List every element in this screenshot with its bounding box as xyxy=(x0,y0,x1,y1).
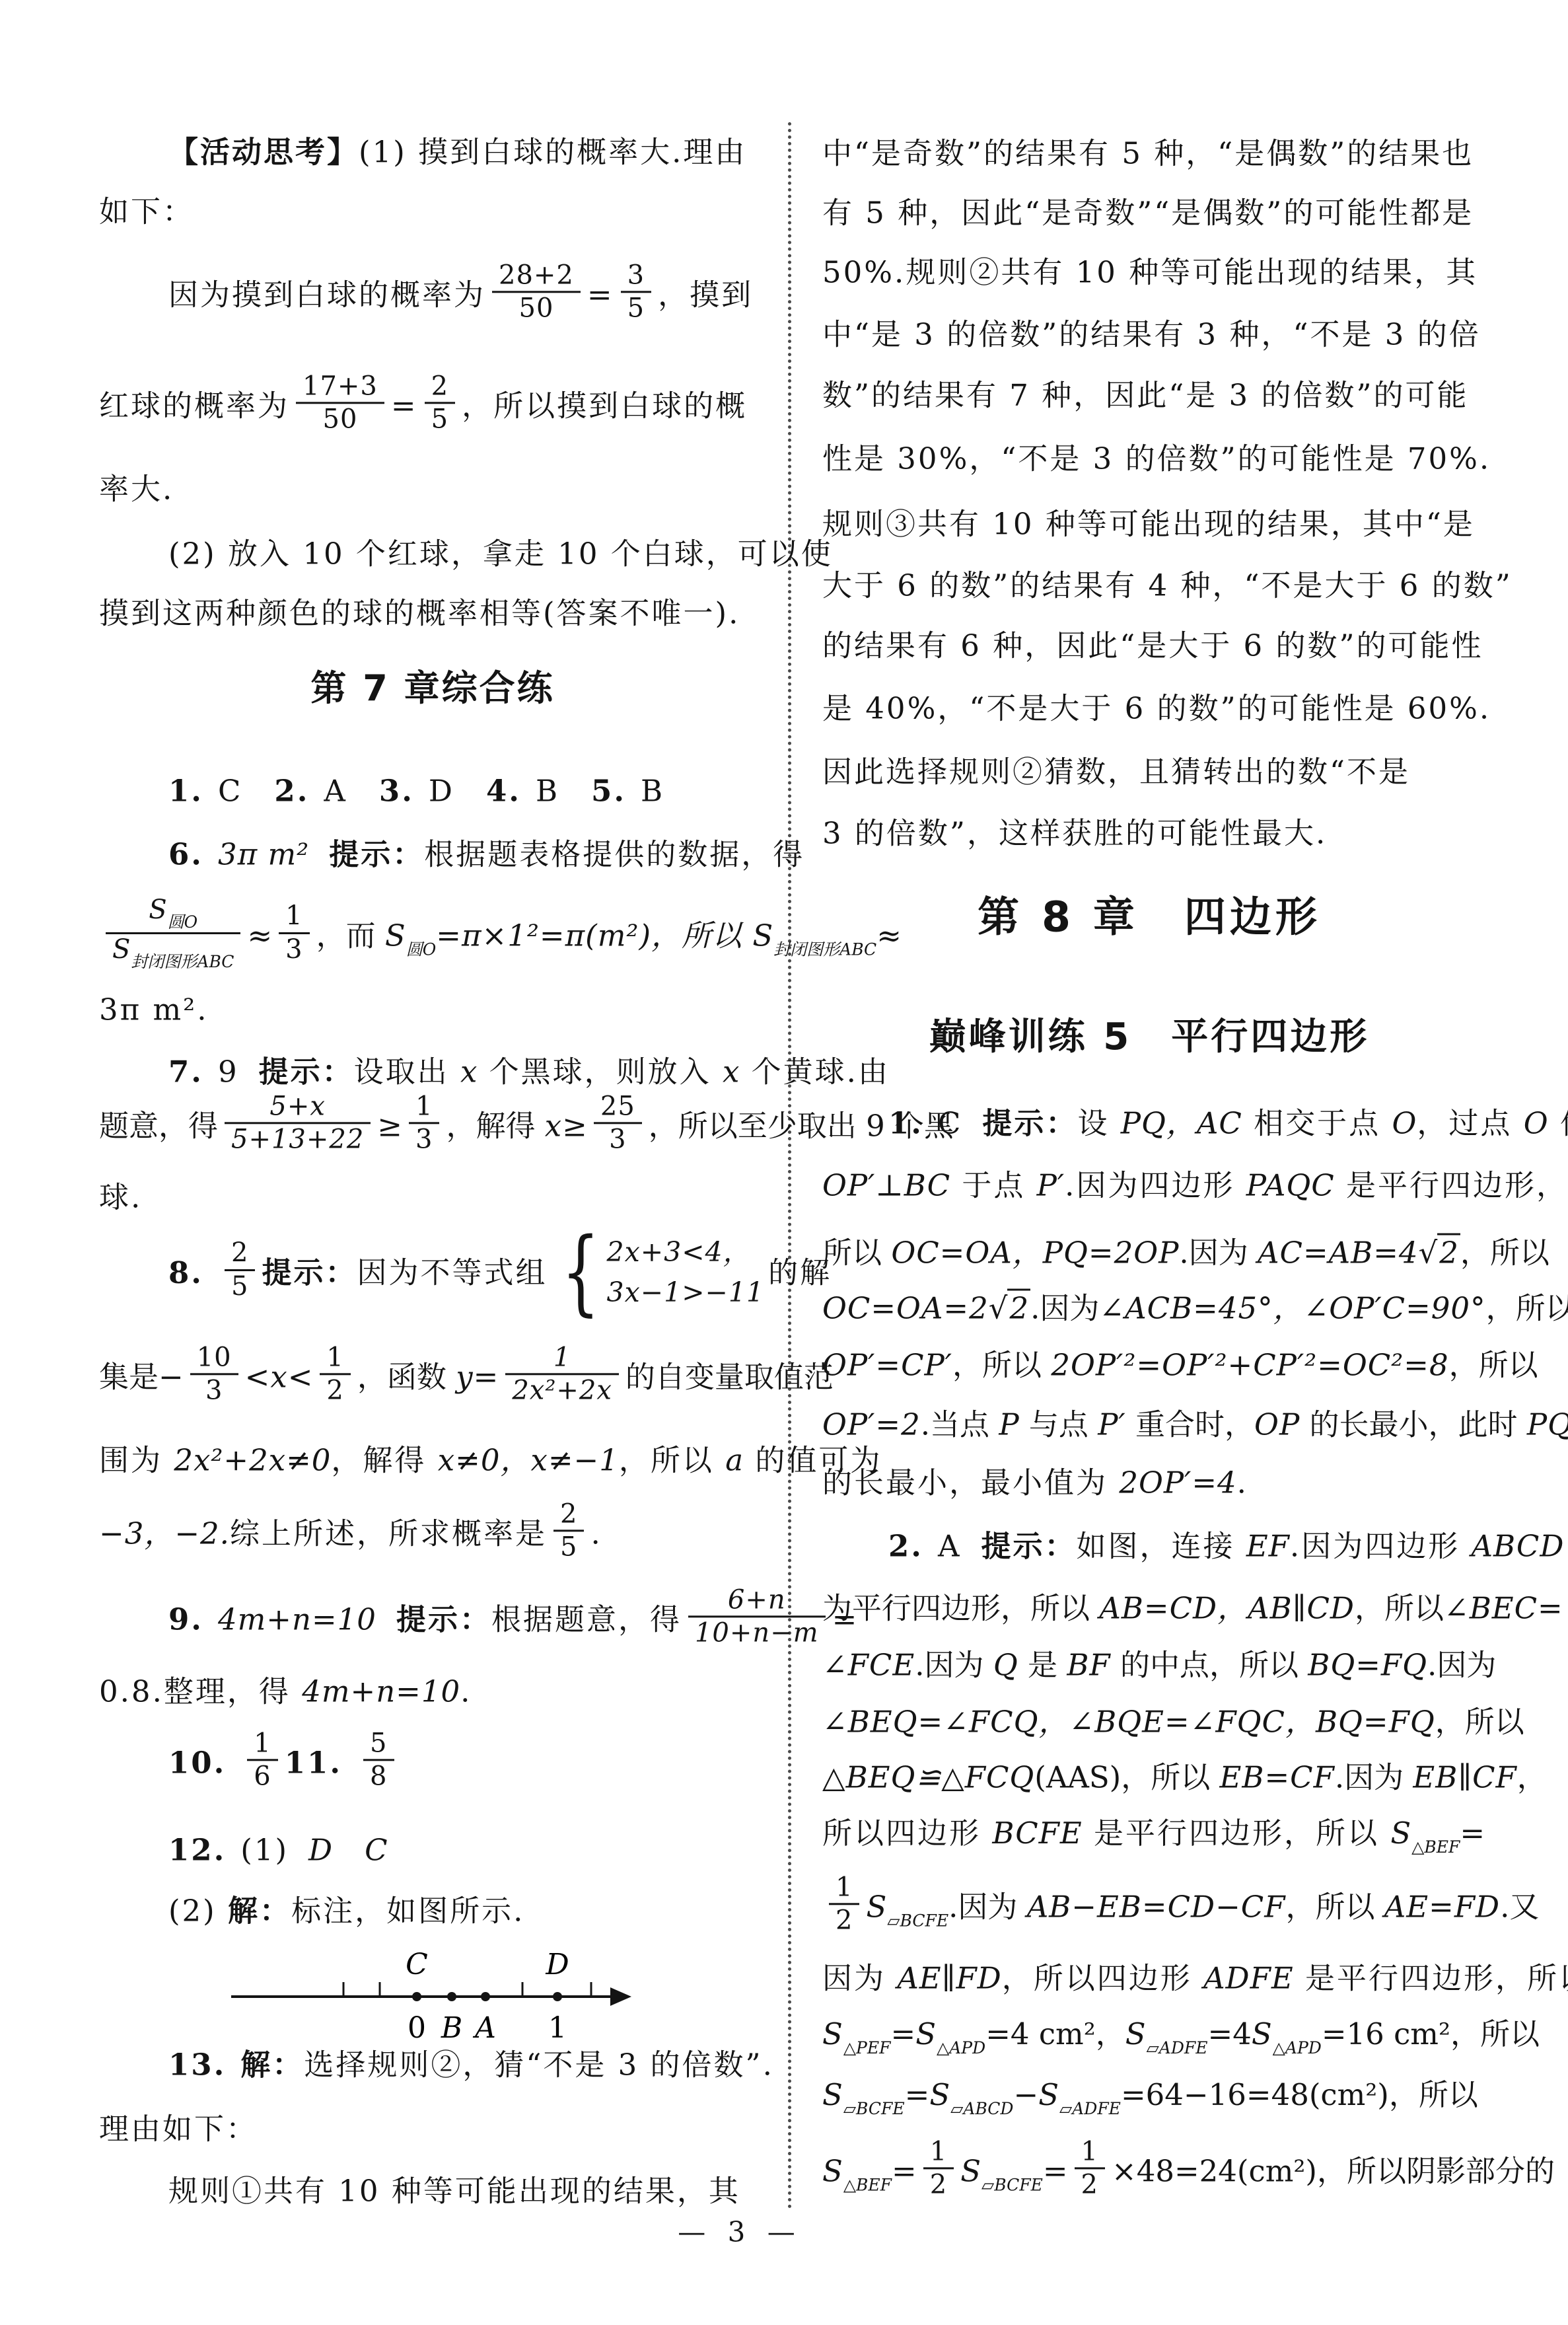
inequality-system: {2x+3<4，3x−1>−11 xyxy=(551,1231,764,1314)
fraction: 12 xyxy=(923,2136,954,2200)
sqrt-expression: √2 xyxy=(989,1289,1030,1326)
text-line: 【活动思考】(1) 摸到白球的概率大.理由 xyxy=(168,137,746,167)
sqrt-expression: √2 xyxy=(1419,1234,1460,1271)
formula-line: 因为摸到白球的概率为28+250=35，摸到 xyxy=(168,265,753,329)
text-line: 数”的结果有 7 种，因此“是 3 的倍数”的可能 xyxy=(822,381,1469,410)
text-line: 率大. xyxy=(99,474,174,504)
fraction: 17+350 xyxy=(296,371,384,435)
fraction: 253 xyxy=(594,1091,642,1155)
fraction: 13 xyxy=(279,901,309,965)
fraction: 35 xyxy=(621,260,651,324)
text-line: 因此选择规则②猜数，且猜转出的数“不是 xyxy=(822,757,1410,787)
text-line: 0.8.整理，得 4m+n=10. xyxy=(99,1677,472,1707)
text-line: 的结果有 6 种，因此“是大于 6 的数”的可能性 xyxy=(822,631,1483,661)
answer-line-7: 7.9提示：设取出 x 个黑球，则放入 x 个黄球.由 xyxy=(168,1057,890,1087)
formula-line: −3，−2.综上所述，所求概率是25. xyxy=(99,1504,602,1568)
fraction: 16 xyxy=(247,1728,277,1792)
chapter-heading-ch8: 第 8 章 四边形 xyxy=(822,897,1476,938)
text-line: 为平行四边形，所以 AB=CD，AB∥CD，所以∠BEC= xyxy=(822,1594,1563,1623)
text-line: 中“是 3 的倍数”的结果有 3 种，“不是 3 的倍 xyxy=(822,320,1481,350)
fraction: 13 xyxy=(409,1091,439,1155)
fraction: 5+x5+13+22 xyxy=(225,1091,371,1155)
point-label-c: C xyxy=(406,1949,428,1981)
fraction: 28+250 xyxy=(492,260,581,324)
fraction: 25 xyxy=(225,1237,255,1302)
text-line: ∠BEQ=∠FCQ，∠BQE=∠FQC，BQ=FQ，所以 xyxy=(822,1707,1524,1737)
answers-row: 1.C2.A3.D4.B5.B xyxy=(168,776,664,806)
section-heading-ch7: 第 7 章综合练 xyxy=(99,671,766,706)
page-number: — 3 — xyxy=(670,2216,809,2248)
solution-label: 解： xyxy=(228,1894,291,1929)
training-heading: 巅峰训练 5 平行四边形 xyxy=(822,1019,1476,1056)
number-line-figure: C D 0 B A 1 xyxy=(225,1949,634,2055)
hint-label: 提示： xyxy=(262,1255,357,1290)
fraction: S圆OS封闭图形ABC xyxy=(106,895,240,971)
point-label-a: A xyxy=(472,2011,496,2045)
solution-label: 解： xyxy=(240,2048,304,2083)
text-line: 3 的倍数”，这样获胜的可能性最大. xyxy=(822,819,1327,848)
text-line: 性是 30%，“不是 3 的倍数”的可能性是 70%. xyxy=(822,444,1491,474)
text-line: 球. xyxy=(99,1183,142,1212)
text-line: ∠FCE.因为 Q 是 BF 的中点，所以 BQ=FQ.因为 xyxy=(822,1650,1496,1680)
text-line: 是 40%，“不是大于 6 的数”的可能性是 60%. xyxy=(822,694,1491,723)
text-line: OP′=CP′，所以 2OP′²=OP′²+CP′²=OC²=8，所以 xyxy=(822,1350,1538,1380)
text-line: 规则①共有 10 种等可能出现的结果，其 xyxy=(168,2176,740,2206)
fraction: 12x²+2x xyxy=(505,1342,619,1406)
formula-line: S△PEF=S△APD=4 cm²，S▱ADFE=4S△APD=16 cm²，所… xyxy=(822,2019,1540,2056)
point-label-b: B xyxy=(441,2011,462,2045)
answer-line-6: 6.3π m²提示：根据题表格提供的数据，得 xyxy=(168,840,804,869)
text-line: 50%.规则②共有 10 种等可能出现的结果，其 xyxy=(822,258,1478,287)
fraction: 25 xyxy=(425,371,455,435)
point-label-d: D xyxy=(545,1949,569,1981)
text-line: 有 5 种，因此“是奇数”“是偶数”的可能性都是 xyxy=(822,198,1474,228)
text-line: OC=OA=2√2.因为∠ACB=45°，∠OP′C=90°，所以 xyxy=(822,1294,1568,1323)
text-line: (2) 解：标注，如图所示. xyxy=(168,1896,524,1926)
formula-line: S圆OS封闭图形ABC≈13，而 S圆O=π×1²=π(m²)，所以 S封闭图形… xyxy=(99,900,902,977)
answer-line-2: 2.A提示：如图，连接 EF.因为四边形 ABCD xyxy=(888,1532,1564,1561)
text-line: 所以四边形 BCFE 是平行四边形，所以 S△BEF= xyxy=(822,1818,1487,1855)
axis-label-0: 0 xyxy=(408,2011,426,2045)
axis-arrow xyxy=(610,1987,631,2006)
text-line: 中“是奇数”的结果有 5 种，“是偶数”的结果也 xyxy=(822,139,1474,168)
answer-line-1: 1.C提示：设 PQ，AC 相交于点 O，过点 O 作 xyxy=(888,1109,1568,1138)
answers-row: 10.1611.58 xyxy=(168,1733,401,1797)
text-line: 的长最小，最小值为 2OP′=4. xyxy=(822,1468,1248,1498)
fraction: 6+n10+n−m xyxy=(688,1584,826,1648)
column-divider xyxy=(788,122,791,2210)
hint-label: 提示： xyxy=(982,1106,1077,1141)
text-line: 规则③共有 10 种等可能出现的结果，其中“是 xyxy=(822,509,1475,539)
fraction: 12 xyxy=(320,1342,350,1406)
fraction: 12 xyxy=(829,1872,859,1936)
fraction: 12 xyxy=(1075,2136,1105,2200)
point-dot-d xyxy=(553,1992,562,2001)
answer-line-12: 12.(1)DC xyxy=(168,1835,388,1865)
axis-label-1: 1 xyxy=(548,2011,567,2045)
formula-line: S▱BCFE=S▱ABCD−S▱ADFE=64−16=48(cm²)，所以 xyxy=(822,2080,1478,2117)
hint-label: 提示： xyxy=(259,1054,354,1089)
fraction: 25 xyxy=(553,1498,584,1563)
point-dot-c xyxy=(412,1992,421,2001)
text-line: (2) 放入 10 个红球，拿走 10 个白球，可以使 xyxy=(168,539,833,569)
answer-line-9: 9.4m+n=10提示：根据题意，得6+n10+n−m= xyxy=(168,1590,859,1654)
activity-label: 【活动思考】 xyxy=(168,135,359,170)
formula-line: 题意，得5+x5+13+22≥13，解得 x≥253，所以至少取出 9 个黑 xyxy=(99,1096,954,1160)
hint-label: 提示： xyxy=(329,837,424,872)
text-line: 3π m². xyxy=(99,995,209,1025)
point-dot-b xyxy=(447,1992,456,2001)
formula-line: 红球的概率为17+350=25，所以摸到白球的概 xyxy=(99,376,747,440)
text-line: 所以 OC=OA，PQ=2OP.因为 AC=AB=4√2，所以 xyxy=(822,1238,1550,1268)
workbook-answer-page: 【活动思考】(1) 摸到白球的概率大.理由 如下： 因为摸到白球的概率为28+2… xyxy=(0,0,1568,2325)
answer-line-13: 13.解：选择规则②，猜“不是 3 的倍数”. xyxy=(168,2050,774,2080)
text-line: △BEQ≌△FCQ(AAS)，所以 EB=CF.因为 EB∥CF， xyxy=(822,1763,1547,1792)
hint-label: 提示： xyxy=(396,1602,491,1637)
formula-line: 围为 2x²+2x≠0，解得 x≠0，x≠−1，所以 a 的值可为 xyxy=(99,1446,882,1475)
text-line: 理由如下： xyxy=(99,2114,258,2144)
formula-line: 12S▱BCFE.因为 AB−EB=CD−CF，所以 AE=FD.又 xyxy=(822,1877,1539,1941)
text-line: OP′⊥BC 于点 P′.因为四边形 PAQC 是平行四边形， xyxy=(822,1171,1568,1200)
text-line: 如下： xyxy=(99,197,194,227)
formula-line: S△BEF=12S▱BCFE=12×48=24(cm²)，所以阴影部分的 xyxy=(822,2141,1555,2205)
fraction: 103 xyxy=(190,1342,238,1406)
text-line: 大于 6 的数”的结果有 4 种，“不是大于 6 的数” xyxy=(822,571,1513,601)
formula-line: 集是−103<x<12，函数 y=12x²+2x的自变量取值范 xyxy=(99,1347,834,1411)
point-dot-a xyxy=(481,1992,490,2001)
brace-symbol: { xyxy=(562,1231,602,1314)
text-line: OP′=2.当点 P 与点 P′ 重合时，OP 的长最小，此时 PQ xyxy=(822,1410,1568,1440)
answer-line-8: 8.25提示：因为不等式组{2x+3<4，3x−1>−11的解 xyxy=(168,1234,832,1317)
fraction: 58 xyxy=(363,1728,394,1792)
text-line: 摸到这两种颜色的球的概率相等(答案不唯一). xyxy=(99,599,740,628)
hint-label: 提示： xyxy=(981,1529,1076,1564)
text-line: 因为 AE∥FD，所以四边形 ADFE 是平行四边形，所以 xyxy=(822,1964,1568,1993)
